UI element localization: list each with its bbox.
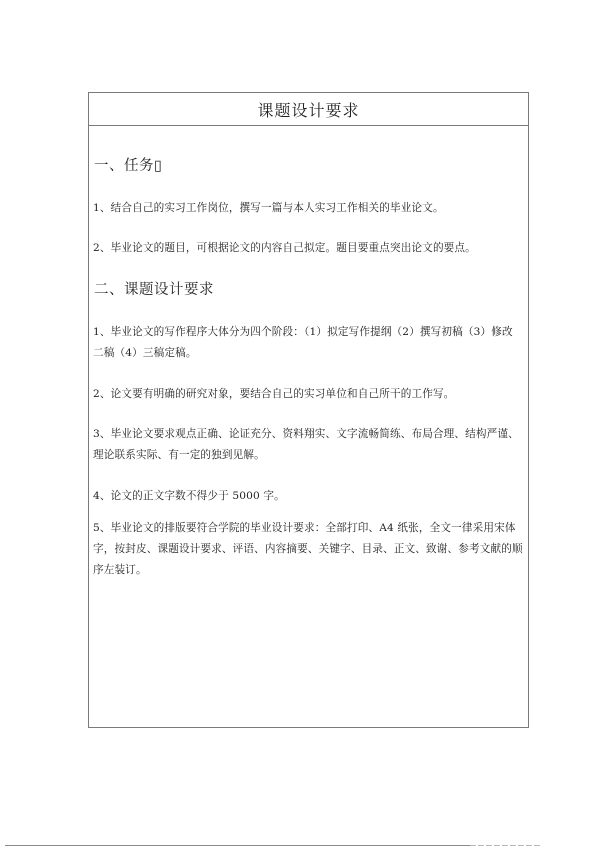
section-heading-task: 一、任务▯ <box>94 154 162 175</box>
requirement-item-1: 1、毕业论文的写作程序大体分为四个阶段：（1）拟定写作提纲（2）撰写初稿（3）修… <box>93 322 523 364</box>
section-heading-requirements: 二、课题设计要求 <box>94 278 214 299</box>
task-item-2: 2、毕业论文的题目，可根据论文的内容自己拟定。题目要重点突出论文的要点。 <box>93 238 523 259</box>
requirements-table: 课题设计要求 一、任务▯ 1、结合自己的实习工作岗位，撰写一篇与本人实习工作相关… <box>88 92 529 728</box>
document-title: 课题设计要求 <box>257 98 359 121</box>
table-header: 课题设计要求 <box>89 93 528 126</box>
requirement-item-2: 2、论文要有明确的研究对象，要结合自己的实习单位和自己所干的工作写。 <box>93 384 523 405</box>
page-footer-rule <box>5 845 470 846</box>
requirement-item-5: 5、毕业论文的排版要符合学院的毕业设计要求：全部打印、A4 纸张，全文一律采用宋… <box>93 518 523 581</box>
requirement-item-4: 4、论文的正文字数不得少于 5000 字。 <box>93 486 523 507</box>
task-item-1: 1、结合自己的实习工作岗位，撰写一篇与本人实习工作相关的毕业论文。 <box>93 198 523 219</box>
page-footer-rule-tail <box>470 845 540 846</box>
requirement-item-3: 3、毕业论文要求观点正确、论证充分、资料翔实、文字流畅简练、布局合理、结构严谨、… <box>93 424 523 466</box>
